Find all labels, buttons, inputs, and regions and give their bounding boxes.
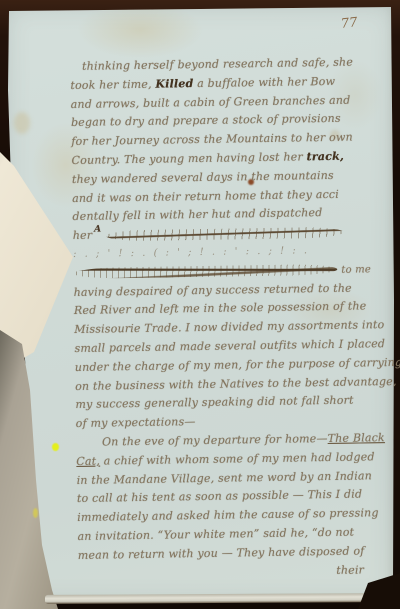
overwritten-word: track, xyxy=(306,150,344,164)
underlying-page-edge xyxy=(45,593,390,604)
text-segment: her xyxy=(73,229,93,242)
crossed-out-text xyxy=(105,226,343,241)
foxing-stain xyxy=(14,112,30,134)
underlined-name: Cat, xyxy=(76,454,100,467)
text-segment: a buffaloe with her Bow xyxy=(193,75,335,90)
text-segment: Country. The young men having lost her xyxy=(72,150,307,167)
crossed-out-text xyxy=(73,264,337,279)
text-segment: a chief with whom some of my men had lod… xyxy=(100,450,375,467)
underlined-name: The Black xyxy=(328,431,385,445)
text-segment: On the eve of my departure for home— xyxy=(102,432,328,449)
page-number: 77 xyxy=(340,15,358,32)
yellow-spot xyxy=(52,443,59,451)
overwritten-word: Killed xyxy=(155,77,193,91)
handwritten-text-block: thinking herself beyond research and saf… xyxy=(70,53,400,584)
yellow-spot xyxy=(33,508,38,518)
text-segment: to me xyxy=(341,264,371,275)
insertion-caret: A xyxy=(94,225,101,235)
text-segment: took her time, xyxy=(70,77,155,91)
